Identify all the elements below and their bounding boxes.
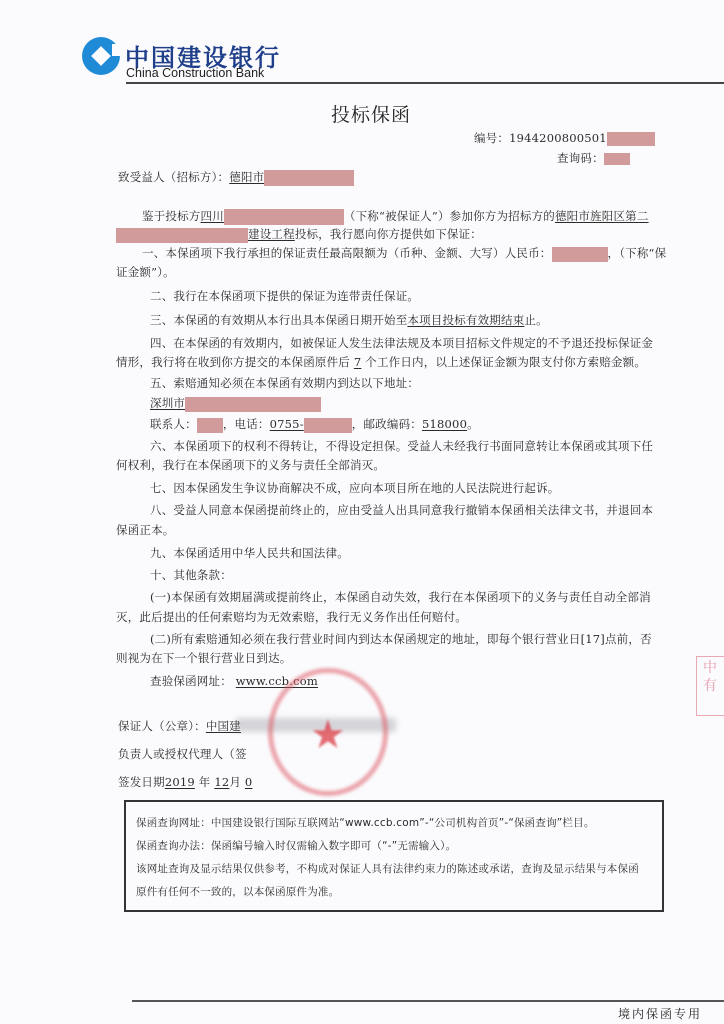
date-year: 2019 [165,775,195,789]
guarantee-number: 编号：1944200800501 [474,131,655,146]
redacted-project [116,228,248,243]
project-name: 德阳市旌阳区第二 [555,209,649,223]
clause-8-cont: 保函正本。 [116,523,175,537]
clause-6: 六、本保函项下的权利不得转让，不得设定担保。受益人未经我行书面同意转让本保函或其… [150,439,653,453]
redacted-address [185,397,321,412]
recipient-label: 致受益人（招标方）： [118,170,229,184]
date-label: 签发日期 [118,775,165,789]
number-label: 编号： [474,131,509,145]
signer-line: 负责人或授权代理人（签 [118,747,247,761]
clause-9: 九、本保函适用中华人民共和国法律。 [150,546,349,560]
intro-text: 鉴于投标方 [142,209,201,223]
redacted-number [607,132,655,146]
footer-label: 境内保函专用 [618,1005,702,1022]
clause-1: 一、本保函项下我行承担的保证责任最高限额为（币种、金额、大写）人民币：，（下称“… [142,246,666,262]
clause-1-cont: 证金额”）。 [116,265,175,279]
guarantor-line: 保证人（公章）：中国建 [118,719,241,733]
project-name-end: 建设工程 [248,227,295,241]
notice-line-2: 保函查询办法：保函编号输入时仅需输入数字即可（“-”无需输入）。 [136,839,456,853]
clause-4: 四、在本保函的有效期内，如被保证人发生法律法规及本项目招标文件规定的不予退还投标… [150,336,653,350]
clause-7: 七、因本保函发生争议协商解决不成，应向本项目所在地的人民法院进行起诉。 [150,481,560,495]
redacted-bidder [224,209,344,225]
address-value: 深圳市 [150,396,185,410]
redacted-phone [304,418,352,433]
clause-10: 十、其他条款： [150,568,232,582]
ccb-logo-notch [112,44,122,56]
clause-4-cont: 情形，我行将在收到你方提交的本保函原件后 7 个工作日内，以上述保证金额为限支付… [116,355,646,369]
header-divider [126,82,724,84]
verify-label: 查验保函网址： [150,674,232,688]
clause-10-2: (二)所有索赔通知必须在我行营业时间内到达本保函规定的地址，即每个银行营业日[1… [150,632,652,646]
clause-2: 二、我行在本保函项下提供的保证为连带责任保证。 [150,289,419,303]
document-title: 投标保函 [331,100,411,127]
guarantor-label: 保证人（公章）： [118,719,206,733]
seal-star-icon: ★ [310,712,346,758]
payment-days: 7 [354,355,362,369]
contact-line: 联系人：，电话：0755-，邮政编码：518000。 [150,417,479,433]
redacted-contact [197,418,223,433]
intro-line-2: 建设工程投标，我行愿向你方提供如下保证： [116,227,482,243]
footer-divider [132,1000,724,1002]
side-stamp: 中 有 [696,656,724,716]
recipient-value: 德阳市 [229,170,264,184]
query-code-label: 查询码： [557,151,604,165]
redacted-recipient [264,170,354,186]
clause-text: 一、本保函项下我行承担的保证责任最高限额为（币种、金额、大写）人民币： [142,246,552,260]
redacted-query-code [604,153,630,165]
intro-text: 投标，我行愿向你方提供如下保证： [295,227,482,241]
date-unit: 年 [199,775,211,789]
notice-line-4: 原件有任何不一致的，以本保函原件为准。 [136,885,339,899]
clause-10-1-cont: 灭，此后提出的任何索赔均为无效索赔，我行无义务作出任何赔付。 [116,610,467,624]
clause-3: 三、本保函的有效期从本行出具本保函日期开始至本项目投标有效期结束止。 [150,313,548,327]
side-stamp-text: 有 [703,677,724,695]
clause-text: 三、本保函的有效期从本行出具本保函日期开始至 [150,313,407,327]
validity-period: 本项目投标有效期结束 [407,313,524,327]
date-month: 12 [214,775,229,789]
clause-text: 止。 [524,313,547,327]
claim-address: 深圳市 [150,396,321,412]
clause-10-1: (一)本保函有效期届满或提前终止，本保函自动失效，我行在本保函项下的义务与责任自… [150,590,651,604]
clause-6-cont: 何权利，我行在本保函项下的义务与责任全部消灭。 [116,458,385,472]
clause-text: ，（下称“保 [608,246,667,260]
redacted-amount [552,247,608,262]
clause-text: 。 [467,417,479,431]
phone-prefix: 0755- [270,417,304,431]
date-unit: 月 [229,775,241,789]
query-code: 查询码： [557,151,630,165]
date-day: 0 [245,775,253,789]
postal-value: 518000 [422,417,467,431]
side-stamp-text: 中 [703,659,724,677]
intro-line-1: 鉴于投标方四川（下称“被保证人”）参加你方为招标方的德阳市旌阳区第二 [142,209,649,225]
notice-line-1: 保函查询网址：中国建设银行国际互联网站“www.ccb.com”-“公司机构首页… [136,816,595,830]
recipient-line: 致受益人（招标方）：德阳市 [118,170,354,186]
clause-text: 个工作日内，以上述保证金额为限支付你方索赔金额。 [365,355,646,369]
number-value: 1944200800501 [509,131,607,145]
contact-label: 联系人： [150,417,197,431]
clause-8: 八、受益人同意本保函提前终止的，应由受益人出具同意我行撤销本保函相关法律文书，并… [150,503,653,517]
bidder-name: 四川 [201,209,224,223]
intro-text: （下称“被保证人”）参加你方为招标方的 [344,209,555,223]
clause-5: 五、索赔通知必须在本保函有效期内到达以下地址： [150,376,419,390]
notice-line-3: 该网址查询及显示结果仅供参考，不构成对保证人具有法律约束力的陈述或承诺，查询及显… [136,862,639,876]
postal-label: ，邮政编码： [352,417,422,431]
bank-name-en: China Construction Bank [126,66,264,80]
phone-label: ，电话： [223,417,270,431]
clause-10-2-cont: 则视为在下一个银行营业日到达。 [116,651,292,665]
issue-date: 签发日期2019 年 12月 0 [118,775,252,789]
clause-text: 情形，我行将在收到你方提交的本保函原件后 [116,355,350,369]
